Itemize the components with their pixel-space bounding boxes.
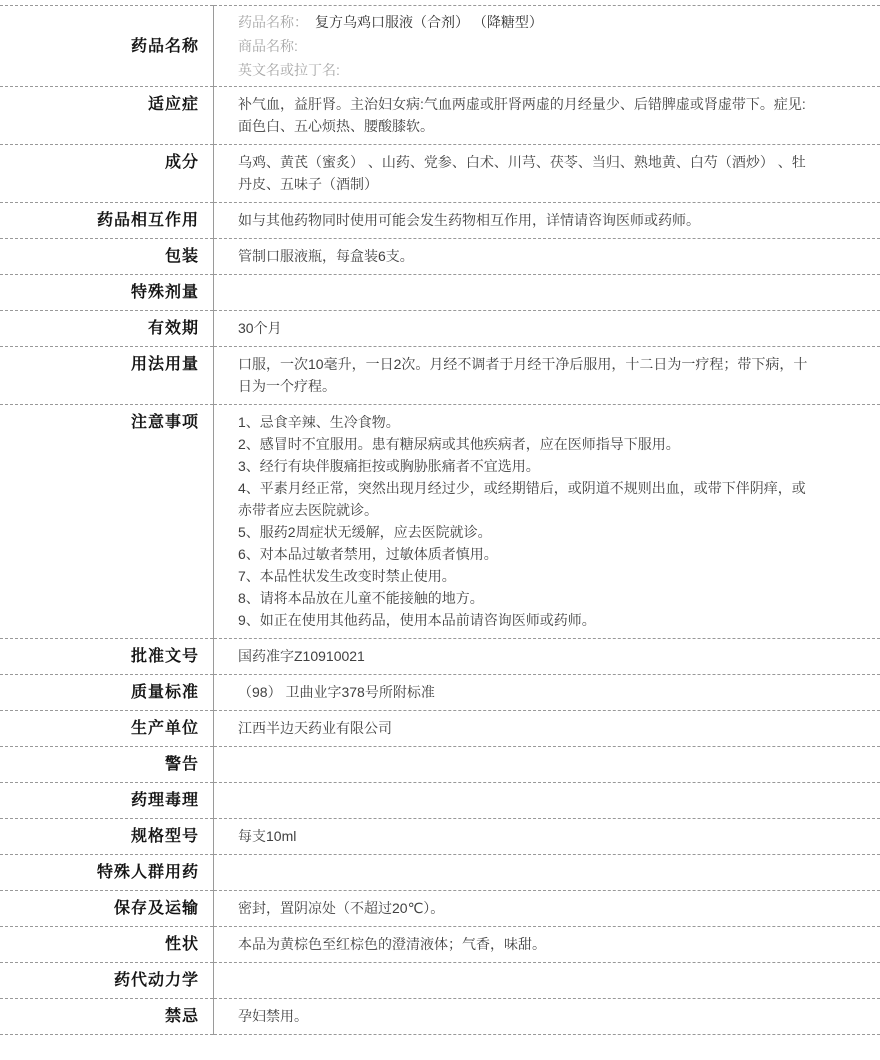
- row-content-manufacturer: 江西半边天药业有限公司: [214, 711, 880, 747]
- content-line: 30个月: [238, 317, 813, 339]
- row-label-drug-interactions: 药品相互作用: [0, 203, 214, 239]
- row-content-wrap: 国药准字Z10910021: [238, 645, 813, 667]
- drug-info-table-body: 药品名称药品名称：复方乌鸡口服液（合剂） （降糖型）商品名称:英文名或拉丁名:适…: [0, 6, 880, 1035]
- content-line: 如与其他药物同时使用可能会发生药物相互作用，详情请咨询医师或药师。: [238, 209, 813, 231]
- content-line: 乌鸡、黄芪（蜜炙） 、山药、党参、白术、川芎、茯苓、当归、熟地黄、白芍（酒炒） …: [238, 151, 813, 195]
- row-label-approval-number: 批准文号: [0, 639, 214, 675]
- content-line: 国药准字Z10910021: [238, 645, 813, 667]
- field-value: [340, 62, 347, 78]
- row-content-drug-name: 药品名称：复方乌鸡口服液（合剂） （降糖型）商品名称:英文名或拉丁名:: [214, 6, 880, 87]
- content-line: 江西半边天药业有限公司: [238, 717, 813, 739]
- row-content-wrap: 药品名称：复方乌鸡口服液（合剂） （降糖型）商品名称:英文名或拉丁名:: [238, 10, 813, 82]
- row-content-approval-number: 国药准字Z10910021: [214, 639, 880, 675]
- table-row-special-dosage: 特殊剂量: [0, 275, 880, 311]
- row-content-quality-standard: （98） 卫曲业字378号所附标准: [214, 675, 880, 711]
- content-line: 8、请将本品放在儿童不能接触的地方。: [238, 587, 813, 609]
- table-row-description: 性状本品为黄棕色至红棕色的澄清液体；气香，味甜。: [0, 927, 880, 963]
- table-row-quality-standard: 质量标准（98） 卫曲业字378号所附标准: [0, 675, 880, 711]
- row-label-manufacturer: 生产单位: [0, 711, 214, 747]
- row-content-wrap: 每支10ml: [238, 825, 813, 847]
- table-row-warning: 警告: [0, 747, 880, 783]
- content-line: 密封，置阴凉处（不超过20℃）。: [238, 897, 813, 919]
- row-content-wrap: 补气血，益肝肾。主治妇女病:气血两虚或肝肾两虚的月经量少、后错脾虚或肾虚带下。症…: [238, 93, 813, 137]
- content-line: 6、对本品过敏者禁用，过敏体质者慎用。: [238, 543, 813, 565]
- row-content-wrap: 本品为黄棕色至红棕色的澄清液体；气香，味甜。: [238, 933, 813, 955]
- content-line: （98） 卫曲业字378号所附标准: [238, 681, 813, 703]
- row-content-wrap: 乌鸡、黄芪（蜜炙） 、山药、党参、白术、川芎、茯苓、当归、熟地黄、白芍（酒炒） …: [238, 151, 813, 195]
- row-content-dosage-administration: 口服，一次10毫升，一日2次。月经不调者于月经干净后服用，十二日为一疗程；带下病…: [214, 347, 880, 405]
- table-row-special-populations: 特殊人群用药: [0, 855, 880, 891]
- table-row-drug-interactions: 药品相互作用如与其他药物同时使用可能会发生药物相互作用，详情请咨询医师或药师。: [0, 203, 880, 239]
- row-content-precautions: 1、忌食辛辣、生冷食物。2、感冒时不宜服用。患有糖尿病或其他疾病者，应在医师指导…: [214, 405, 880, 639]
- row-content-pharmacology-toxicology: [214, 783, 880, 819]
- content-line: 每支10ml: [238, 825, 813, 847]
- field-label: 英文名或拉丁名:: [238, 62, 340, 78]
- content-line: 4、平素月经正常，突然出现月经过少，或经期错后，或阴道不规则出血，或带下伴阴痒，…: [238, 477, 813, 521]
- content-line: 1、忌食辛辣、生冷食物。: [238, 411, 813, 433]
- table-row-pharmacokinetics: 药代动力学: [0, 963, 880, 999]
- table-row-storage-transport: 保存及运输密封，置阴凉处（不超过20℃）。: [0, 891, 880, 927]
- content-line: 补气血，益肝肾。主治妇女病:气血两虚或肝肾两虚的月经量少、后错脾虚或肾虚带下。症…: [238, 93, 813, 137]
- row-content-special-dosage: [214, 275, 880, 311]
- row-content-wrap: [238, 969, 813, 987]
- name-field-line: 商品名称:: [238, 34, 813, 58]
- table-row-approval-number: 批准文号国药准字Z10910021: [0, 639, 880, 675]
- table-row-indications: 适应症补气血，益肝肾。主治妇女病:气血两虚或肝肾两虚的月经量少、后错脾虚或肾虚带…: [0, 87, 880, 145]
- row-label-ingredients: 成分: [0, 145, 214, 203]
- drug-info-table: 药品名称药品名称：复方乌鸡口服液（合剂） （降糖型）商品名称:英文名或拉丁名:适…: [0, 5, 880, 1035]
- row-content-pharmacokinetics: [214, 963, 880, 999]
- field-value: 复方乌鸡口服液（合剂） （降糖型）: [308, 14, 543, 30]
- row-content-wrap: 口服，一次10毫升，一日2次。月经不调者于月经干净后服用，十二日为一疗程；带下病…: [238, 353, 813, 397]
- row-content-shelf-life: 30个月: [214, 311, 880, 347]
- row-label-special-dosage: 特殊剂量: [0, 275, 214, 311]
- row-content-wrap: [238, 753, 813, 771]
- table-row-contraindications: 禁忌孕妇禁用。: [0, 999, 880, 1035]
- row-content-wrap: 管制口服液瓶，每盒装6支。: [238, 245, 813, 267]
- content-line: 7、本品性状发生改变时禁止使用。: [238, 565, 813, 587]
- row-content-warning: [214, 747, 880, 783]
- row-content-wrap: [238, 789, 813, 807]
- content-line: 口服，一次10毫升，一日2次。月经不调者于月经干净后服用，十二日为一疗程；带下病…: [238, 353, 813, 397]
- field-label: 商品名称:: [238, 38, 298, 54]
- row-content-wrap: 如与其他药物同时使用可能会发生药物相互作用，详情请咨询医师或药师。: [238, 209, 813, 231]
- row-label-warning: 警告: [0, 747, 214, 783]
- row-content-indications: 补气血，益肝肾。主治妇女病:气血两虚或肝肾两虚的月经量少、后错脾虚或肾虚带下。症…: [214, 87, 880, 145]
- name-field-line: 英文名或拉丁名:: [238, 58, 813, 82]
- row-content-wrap: （98） 卫曲业字378号所附标准: [238, 681, 813, 703]
- name-field-line: 药品名称：复方乌鸡口服液（合剂） （降糖型）: [238, 10, 813, 34]
- drug-info-page: 药品名称药品名称：复方乌鸡口服液（合剂） （降糖型）商品名称:英文名或拉丁名:适…: [0, 5, 880, 1035]
- row-label-shelf-life: 有效期: [0, 311, 214, 347]
- row-content-wrap: [238, 281, 813, 299]
- row-label-contraindications: 禁忌: [0, 999, 214, 1035]
- table-row-shelf-life: 有效期30个月: [0, 311, 880, 347]
- table-row-ingredients: 成分乌鸡、黄芪（蜜炙） 、山药、党参、白术、川芎、茯苓、当归、熟地黄、白芍（酒炒…: [0, 145, 880, 203]
- table-row-drug-name: 药品名称药品名称：复方乌鸡口服液（合剂） （降糖型）商品名称:英文名或拉丁名:: [0, 6, 880, 87]
- row-label-pharmacology-toxicology: 药理毒理: [0, 783, 214, 819]
- row-label-quality-standard: 质量标准: [0, 675, 214, 711]
- row-label-specification: 规格型号: [0, 819, 214, 855]
- row-content-contraindications: 孕妇禁用。: [214, 999, 880, 1035]
- row-content-wrap: 江西半边天药业有限公司: [238, 717, 813, 739]
- row-content-description: 本品为黄棕色至红棕色的澄清液体；气香，味甜。: [214, 927, 880, 963]
- content-line: 孕妇禁用。: [238, 1005, 813, 1027]
- row-content-wrap: 密封，置阴凉处（不超过20℃）。: [238, 897, 813, 919]
- row-content-specification: 每支10ml: [214, 819, 880, 855]
- row-label-drug-name: 药品名称: [0, 6, 214, 87]
- content-line: 5、服药2周症状无缓解，应去医院就诊。: [238, 521, 813, 543]
- field-label: 药品名称：: [238, 14, 308, 30]
- row-content-storage-transport: 密封，置阴凉处（不超过20℃）。: [214, 891, 880, 927]
- table-row-manufacturer: 生产单位江西半边天药业有限公司: [0, 711, 880, 747]
- table-row-specification: 规格型号每支10ml: [0, 819, 880, 855]
- content-line: 3、经行有块伴腹痛拒按或胸胁胀痛者不宜选用。: [238, 455, 813, 477]
- row-content-wrap: 孕妇禁用。: [238, 1005, 813, 1027]
- row-content-wrap: 1、忌食辛辣、生冷食物。2、感冒时不宜服用。患有糖尿病或其他疾病者，应在医师指导…: [238, 411, 813, 631]
- row-content-ingredients: 乌鸡、黄芪（蜜炙） 、山药、党参、白术、川芎、茯苓、当归、熟地黄、白芍（酒炒） …: [214, 145, 880, 203]
- row-content-wrap: 30个月: [238, 317, 813, 339]
- row-label-storage-transport: 保存及运输: [0, 891, 214, 927]
- table-row-packaging: 包装管制口服液瓶，每盒装6支。: [0, 239, 880, 275]
- row-content-packaging: 管制口服液瓶，每盒装6支。: [214, 239, 880, 275]
- row-label-pharmacokinetics: 药代动力学: [0, 963, 214, 999]
- content-line: 9、如正在使用其他药品，使用本品前请咨询医师或药师。: [238, 609, 813, 631]
- table-row-dosage-administration: 用法用量口服，一次10毫升，一日2次。月经不调者于月经干净后服用，十二日为一疗程…: [0, 347, 880, 405]
- row-label-special-populations: 特殊人群用药: [0, 855, 214, 891]
- content-line: 2、感冒时不宜服用。患有糖尿病或其他疾病者，应在医师指导下服用。: [238, 433, 813, 455]
- row-content-drug-interactions: 如与其他药物同时使用可能会发生药物相互作用，详情请咨询医师或药师。: [214, 203, 880, 239]
- table-row-precautions: 注意事项1、忌食辛辣、生冷食物。2、感冒时不宜服用。患有糖尿病或其他疾病者，应在…: [0, 405, 880, 639]
- row-content-special-populations: [214, 855, 880, 891]
- content-line: 本品为黄棕色至红棕色的澄清液体；气香，味甜。: [238, 933, 813, 955]
- row-label-dosage-administration: 用法用量: [0, 347, 214, 405]
- row-label-description: 性状: [0, 927, 214, 963]
- row-label-precautions: 注意事项: [0, 405, 214, 639]
- table-row-pharmacology-toxicology: 药理毒理: [0, 783, 880, 819]
- row-content-wrap: [238, 861, 813, 879]
- row-label-packaging: 包装: [0, 239, 214, 275]
- field-value: [298, 38, 305, 54]
- row-label-indications: 适应症: [0, 87, 214, 145]
- content-line: 管制口服液瓶，每盒装6支。: [238, 245, 813, 267]
